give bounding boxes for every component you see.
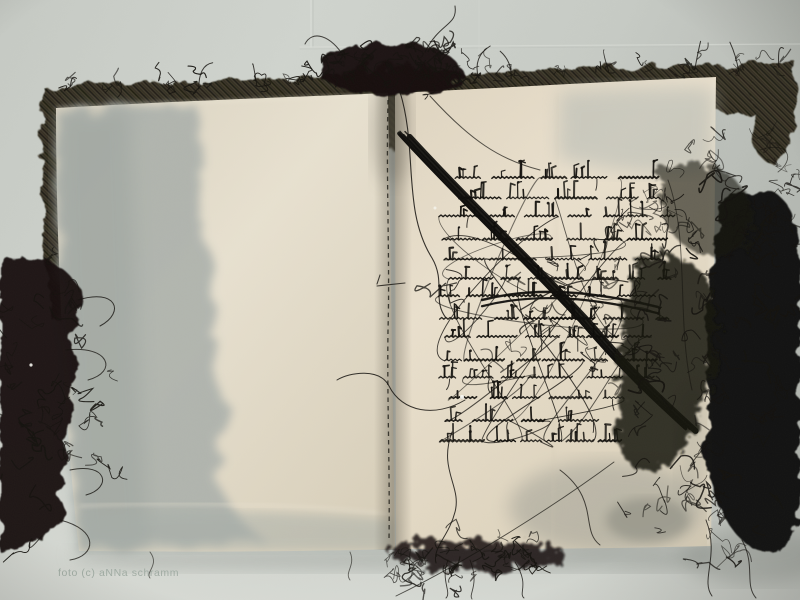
photo-vignette bbox=[0, 0, 800, 600]
artwork-photo: foto (c) aNNa schramm bbox=[0, 0, 800, 600]
photo-canvas: foto (c) aNNa schramm bbox=[0, 0, 800, 600]
